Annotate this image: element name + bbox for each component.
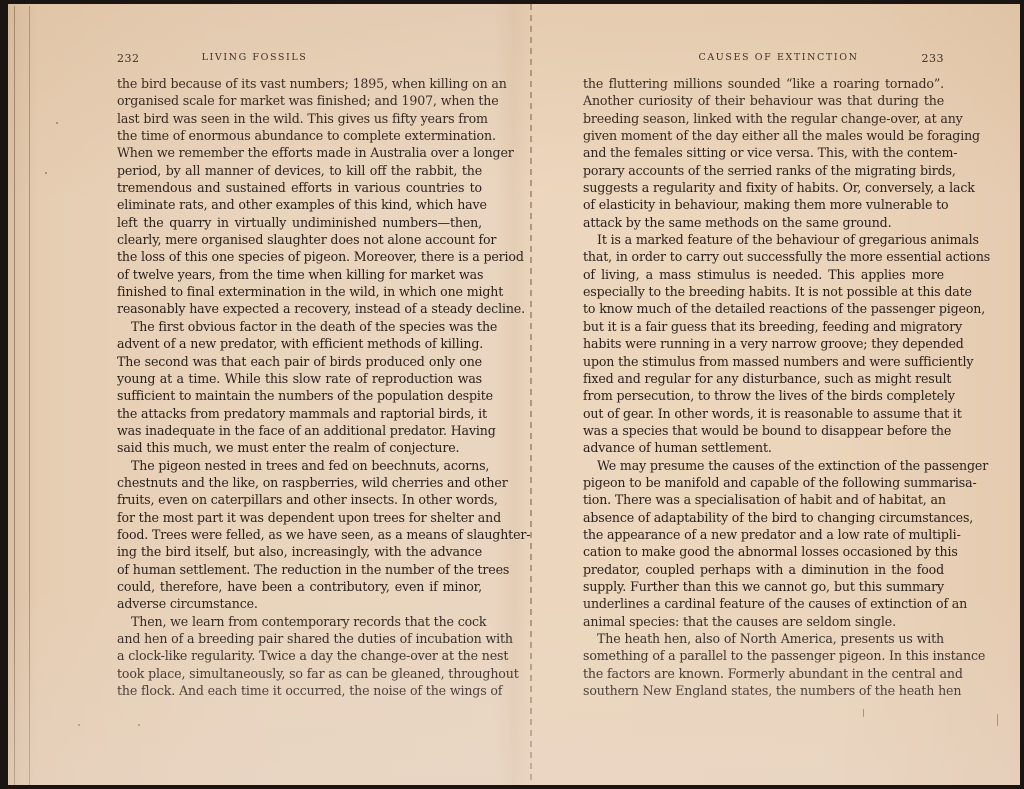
text-line: suggests a regularity and fixity of habi… [583,179,944,196]
text-line: absence of adaptability of the bird to c… [583,509,944,526]
text-line: adverse circumstance. [117,595,482,612]
text-line: cation to make good the abnormal losses … [583,543,944,560]
text-line: period, by all manner of devices, to kil… [117,162,482,179]
book-spread: 232 LIVING FOSSILS the bird because of i… [8,4,1020,785]
text-line: underlines a cardinal feature of the cau… [583,595,944,612]
text-line: tion. There was a specialisation of habi… [583,491,944,508]
text-line: something of a parallel to the passenger… [583,647,944,664]
text-line: Then, we learn from contemporary records… [117,613,482,630]
text-line: to know much of the detailed reactions o… [583,300,944,317]
page-body-text: the bird because of its vast numbers; 18… [117,75,482,699]
scan-speck [863,709,864,717]
text-line: and the females sitting or vice versa. T… [583,144,944,161]
text-line: was inadequate in the face of an additio… [117,422,482,439]
page-edges [14,6,30,785]
text-line: fruits, even on caterpillars and other i… [117,491,482,508]
text-line: The heath hen, also of North America, pr… [583,630,944,647]
text-line: The second was that each pair of birds p… [117,353,482,370]
text-line: tremendous and sustained efforts in vari… [117,179,482,196]
text-line: the time of enormous abundance to comple… [117,127,482,144]
text-line: habits were running in a very narrow gro… [583,335,944,352]
text-line: porary accounts of the serried ranks of … [583,162,944,179]
text-line: food. Trees were felled, as we have seen… [117,526,482,543]
text-line: eliminate rats, and other examples of th… [117,196,482,213]
text-line: Another curiosity of their behaviour was… [583,92,944,109]
text-line: When we remember the efforts made in Aus… [117,144,482,161]
page-number: 232 [117,52,140,65]
text-line: reasonably have expected a recovery, ins… [117,300,482,317]
text-line: the flock. And each time it occurred, th… [117,682,482,699]
text-line: predator, coupled perhaps with a diminut… [583,561,944,578]
text-line: the loss of this one species of pigeon. … [117,248,482,265]
scan-speck [138,724,140,726]
page-body-text: the fluttering millions sounded “like a … [583,75,944,699]
text-line: We may presume the causes of the extinct… [583,457,944,474]
text-line: ing the bird itself, but also, increasin… [117,543,482,560]
page-number: 233 [922,52,945,65]
book-gutter [530,4,532,785]
text-line: chestnuts and the like, on raspberries, … [117,474,482,491]
text-line: was a species that would be bound to dis… [583,422,944,439]
text-line: of human settlement. The reduction in th… [117,561,482,578]
text-line: the appearance of a new predator and a l… [583,526,944,543]
text-line: advent of a new predator, with efficient… [117,335,482,352]
text-line: attack by the same methods on the same g… [583,214,944,231]
text-line: pigeon to be manifold and capable of the… [583,474,944,491]
text-line: the fluttering millions sounded “like a … [583,75,944,92]
text-line: last bird was seen in the wild. This giv… [117,110,482,127]
text-line: finished to final extermination in the w… [117,283,482,300]
text-line: took place, simultaneously, so far as ca… [117,665,482,682]
text-line: young at a time. While this slow rate of… [117,370,482,387]
text-line: said this much, we must enter the realm … [117,439,482,456]
scan-speck [997,714,998,726]
text-line: especially to the breeding habits. It is… [583,283,944,300]
running-head-left: 232 LIVING FOSSILS [117,52,482,66]
text-line: and hen of a breeding pair shared the du… [117,630,482,647]
text-line: that, in order to carry out successfully… [583,248,944,265]
text-line: could, therefore, have been a contributo… [117,578,482,595]
text-line: from persecution, to throw the lives of … [583,387,944,404]
text-line: out of gear. In other words, it is reaso… [583,405,944,422]
running-head-title: LIVING FOSSILS [147,52,362,63]
text-line: a clock-like regularity. Twice a day the… [117,647,482,664]
text-line: breeding season, linked with the regular… [583,110,944,127]
text-line: of living, a mass stimulus is needed. Th… [583,266,944,283]
text-line: of elasticity in behaviour, making them … [583,196,944,213]
text-line: It is a marked feature of the behaviour … [583,231,944,248]
text-line: animal species: that the causes are seld… [583,613,944,630]
text-line: clearly, mere organised slaughter does n… [117,231,482,248]
scan-speck [45,172,47,174]
running-head-right: CAUSES OF EXTINCTION 233 [583,52,944,66]
text-line: advance of human settlement. [583,439,944,456]
text-line: sufficient to maintain the numbers of th… [117,387,482,404]
text-line: of twelve years, from the time when kill… [117,266,482,283]
text-line: upon the stimulus from massed numbers an… [583,353,944,370]
text-line: but it is a fair guess that its breeding… [583,318,944,335]
text-line: southern New England states, the numbers… [583,682,944,699]
text-line: for the most part it was dependent upon … [117,509,482,526]
text-line: left the quarry in virtually undiminishe… [117,214,482,231]
text-line: fixed and regular for any disturbance, s… [583,370,944,387]
text-line: organised scale for market was finished;… [117,92,482,109]
text-line: the attacks from predatory mammals and r… [117,405,482,422]
running-head-title: CAUSES OF EXTINCTION [683,52,874,63]
text-line: the bird because of its vast numbers; 18… [117,75,482,92]
text-line: The pigeon nested in trees and fed on be… [117,457,482,474]
text-line: supply. Further than this we cannot go, … [583,578,944,595]
scan-speck [78,724,80,726]
text-line: The first obvious factor in the death of… [117,318,482,335]
text-line: given moment of the day either all the m… [583,127,944,144]
text-line: the factors are known. Formerly abundant… [583,665,944,682]
scan-speck [56,122,58,124]
